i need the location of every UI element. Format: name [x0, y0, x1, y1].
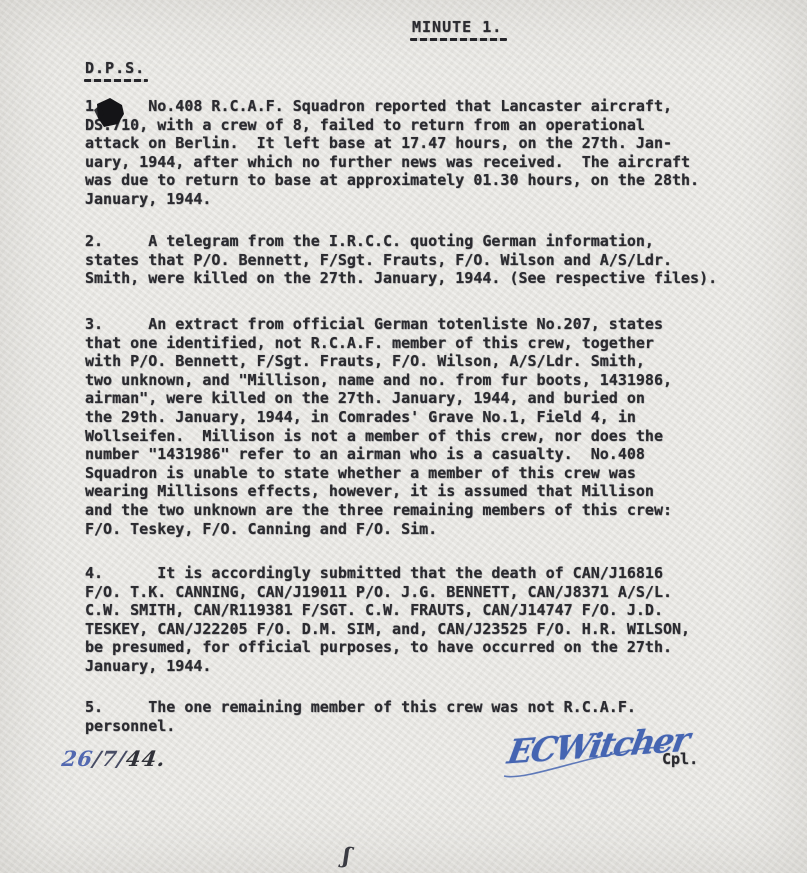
date-day: 26	[60, 746, 95, 771]
date-separators: /7/	[91, 746, 127, 771]
date-year: 44.	[124, 746, 167, 771]
stray-pen-mark: ʃ	[342, 843, 352, 870]
paragraph-4: 4. It is accordingly submitted that the …	[85, 564, 690, 676]
title-underline	[410, 38, 507, 41]
document-page: MINUTE 1. D.P.S. 1. No.408 R.C.A.F. Squa…	[0, 0, 807, 873]
paragraph-3: 3. An extract from official German toten…	[85, 315, 672, 538]
paragraph-2: 2. A telegram from the I.R.C.C. quoting …	[85, 232, 717, 288]
page-title: MINUTE 1.	[412, 18, 502, 37]
ink-blot	[92, 96, 128, 132]
section-heading-underline	[84, 79, 148, 82]
handwritten-date: 26/7/44.	[60, 746, 167, 771]
paragraph-1: 1. No.408 R.C.A.F. Squadron reported tha…	[85, 97, 699, 209]
section-heading: D.P.S.	[85, 59, 145, 78]
signature-rank: Cpl.	[662, 750, 698, 769]
